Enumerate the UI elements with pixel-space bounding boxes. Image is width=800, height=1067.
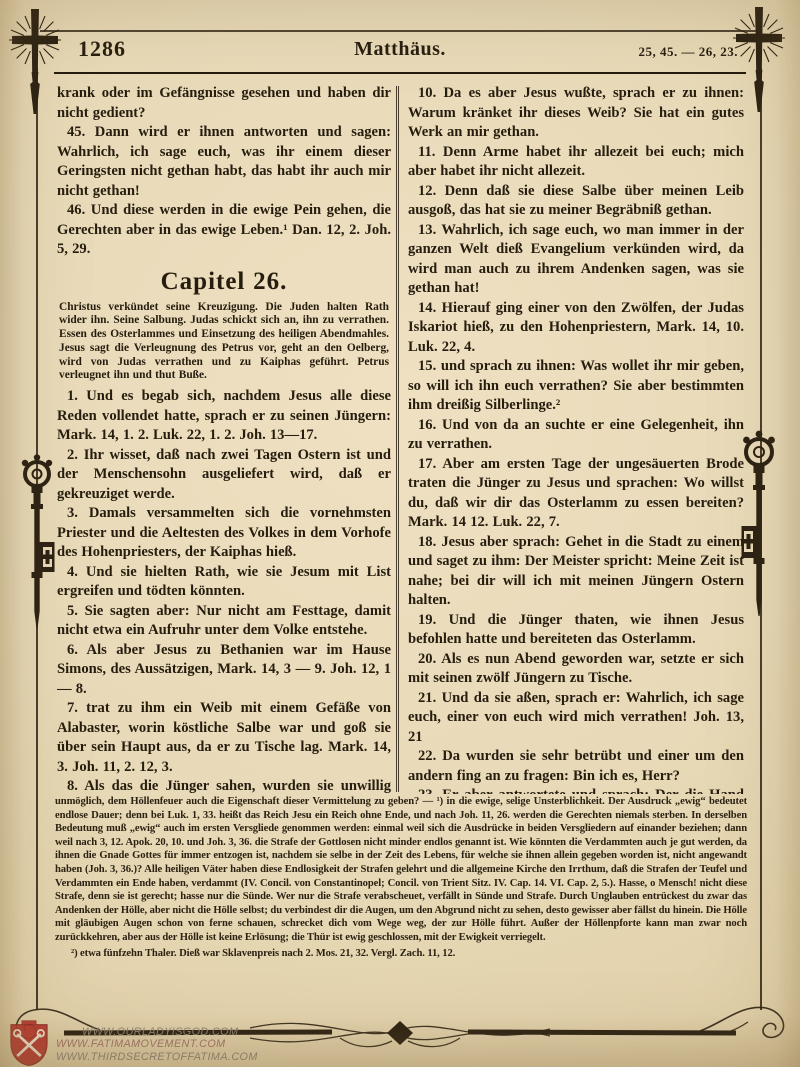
verse: 21. Und da sie aßen, sprach er: Wahrlich… xyxy=(408,689,744,748)
footnote-block: unmöglich, dem Höllenfeuer auch die Eige… xyxy=(55,795,747,945)
verse: 14. Hierauf ging einer von den Zwölfen, … xyxy=(408,299,744,358)
page-header: 1286 Matthäus. 25, 45. — 26, 23. xyxy=(54,36,746,72)
verse: 17. Aber am ersten Tage der ungesäuerten… xyxy=(408,455,744,533)
verse: 8. Als das die Jünger sahen, wurden sie … xyxy=(57,777,391,794)
column-divider xyxy=(396,86,399,792)
verse: 16. Und von da an suchte er eine Gelegen… xyxy=(408,416,744,455)
footnote-section: unmöglich, dem Höllenfeuer auch die Eige… xyxy=(55,795,747,1009)
verse: 1. Und es begab sich, nachdem Jesus alle… xyxy=(57,387,391,446)
verse: 23. Er aber antwortete und sprach: Der d… xyxy=(408,786,744,794)
verse: 22. Da wurden sie sehr betrübt und einer… xyxy=(408,747,744,786)
verse: 12. Denn daß sie diese Salbe über meinen… xyxy=(408,182,744,221)
watermark-line: WWW.FATIMAMOVEMENT.COM xyxy=(56,1038,258,1050)
continuation: krank oder im Gefängnisse gesehen und ha… xyxy=(57,84,391,123)
verse: 13. Wahrlich, ich sage euch, wo man imme… xyxy=(408,221,744,299)
top-frame-line xyxy=(40,30,758,32)
footnote-2: ²) etwa fünfzehn Thaler. Dieß war Sklave… xyxy=(55,947,747,961)
verse: 6. Als aber Jesus zu Bethanien war im Ha… xyxy=(57,641,391,700)
chapter-heading: Capitel 26. xyxy=(57,267,391,297)
verse-range: 25, 45. — 26, 23. xyxy=(639,44,739,60)
verse: 7. trat zu ihm ein Weib mit einem Gefäße… xyxy=(57,699,391,777)
key-ornament-icon xyxy=(15,452,59,630)
verse: 45. Dann wird er ihnen antworten und sag… xyxy=(57,123,391,201)
chapter-summary: Christus verkündet seine Kreuzigung. Die… xyxy=(57,301,391,384)
verse: 20. Als es nun Abend geworden war, setzt… xyxy=(408,650,744,689)
scanned-bible-page: 1286 Matthäus. 25, 45. — 26, 23. krank o… xyxy=(0,0,800,1067)
watermark-line: WWW.OURLADYISGOD.COM xyxy=(56,1026,258,1038)
verse: 11. Denn Arme habet ihr allezeit bei euc… xyxy=(408,143,744,182)
verse: 4. Und sie hielten Rath, wie sie Jesum m… xyxy=(57,563,391,602)
verse: 46. Und diese werden in die ewige Pein g… xyxy=(57,201,391,260)
watermark-block: WWW.OURLADYISGOD.COM WWW.FATIMAMOVEMENT.… xyxy=(56,1026,258,1063)
verse: 3. Damals versammelten sich die vornehms… xyxy=(57,504,391,563)
header-rule xyxy=(54,72,746,74)
verse: 15. und sprach zu ihnen: Was wollet ihr … xyxy=(408,357,744,416)
verse: 2. Ihr wisset, daß nach zwei Tagen Oster… xyxy=(57,446,391,505)
verse: 5. Sie sagten aber: Nur nicht am Festtag… xyxy=(57,602,391,641)
text-columns: krank oder im Gefängnisse gesehen und ha… xyxy=(57,84,744,794)
verse: 10. Da es aber Jesus wußte, sprach er zu… xyxy=(408,84,744,143)
verse: 19. Und die Jünger thaten, wie ihnen Jes… xyxy=(408,611,744,650)
red-shield-crossed-keys-logo xyxy=(2,1020,56,1067)
verse: 18. Jesus aber sprach: Gehet in die Stad… xyxy=(408,533,744,611)
watermark-line: WWW.THIRDSECRETOFFATIMA.COM xyxy=(56,1051,258,1063)
left-column: krank oder im Gefängnisse gesehen und ha… xyxy=(57,84,391,794)
right-column: 10. Da es aber Jesus wußte, sprach er zu… xyxy=(408,84,744,794)
